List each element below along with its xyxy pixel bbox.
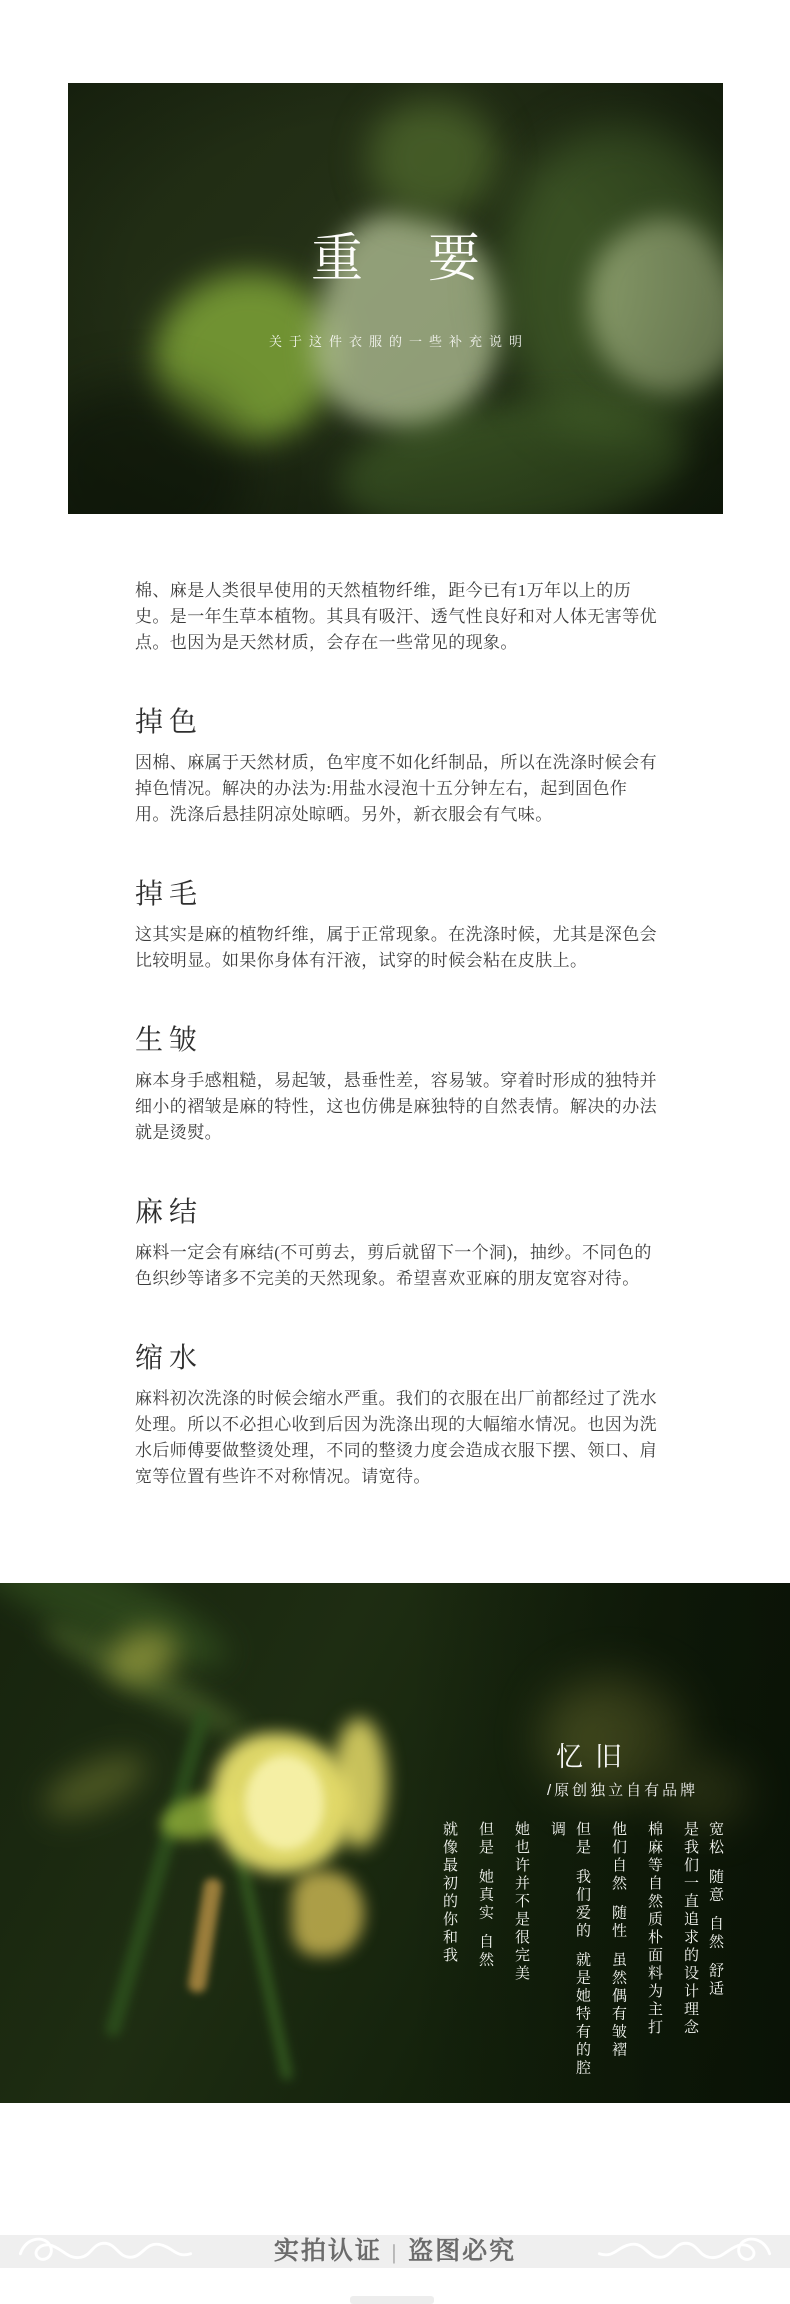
cutoff-watermark xyxy=(350,2296,434,2304)
section-shedding: 掉毛 这其实是麻的植物纤维，属于正常现象。在洗涤时候，尤其是深色会比较明显。如果… xyxy=(135,878,660,974)
hero-title: 重 要 xyxy=(68,216,723,291)
brand-name: 忆旧 xyxy=(556,1735,634,1774)
section-body: 麻本身手感粗糙，易起皱，悬垂性差，容易皱。穿着时形成的独特并细小的褶皱是麻的特性… xyxy=(135,1068,660,1146)
section-wrinkling: 生皱 麻本身手感粗糙，易起皱，悬垂性差，容易皱。穿着时形成的独特并细小的褶皱是麻… xyxy=(135,1024,660,1146)
section-shrinkage: 缩水 麻料初次洗涤的时候会缩水严重。我们的衣服在出厂前都经过了洗水处理。所以不必… xyxy=(135,1342,660,1490)
manifesto-line: 棉麻等自然质朴面料为主打 xyxy=(642,1821,667,2083)
footer-label-left: 实拍认证 xyxy=(274,2238,382,2265)
manifesto-line: 他们自然 随性 虽然偶有皱褶 xyxy=(606,1821,631,2083)
section-fading: 掉色 因棉、麻属于天然材质，色牢度不如化纤制品，所以在洗涤时候会有掉色情况。解决… xyxy=(135,706,660,828)
hero-text-block: 重 要 关于这件衣服的一些补充说明 xyxy=(68,83,723,514)
section-heading: 掉色 xyxy=(135,706,660,740)
footer-banner: 实拍认证|盗图必究 xyxy=(0,2235,790,2268)
product-detail-page: 重 要 关于这件衣服的一些补充说明 棉、麻是人类很早使用的天然植物纤维，距今已有… xyxy=(0,0,790,2304)
section-slubs: 麻结 麻料一定会有麻结(不可剪去，剪后就留下一个洞)，抽纱。不同色的色织纱等诸多… xyxy=(135,1196,660,1292)
section-heading: 麻结 xyxy=(135,1196,660,1230)
section-heading: 掉毛 xyxy=(135,878,660,912)
section-body: 因棉、麻属于天然材质，色牢度不如化纤制品，所以在洗涤时候会有掉色情况。解决的办法… xyxy=(135,750,660,828)
brand-manifesto-vertical-text: 宽松 随意 自然 舒适 是我们一直追求的设计理念 棉麻等自然质朴面料为主打 他们… xyxy=(426,1821,728,2083)
footer-label-right: 盗图必究 xyxy=(408,2238,516,2265)
hero-photo: 重 要 关于这件衣服的一些补充说明 xyxy=(68,83,723,514)
intro-paragraph: 棉、麻是人类很早使用的天然植物纤维，距今已有1万年以上的历史。是一年生草本植物。… xyxy=(135,578,660,656)
section-body: 这其实是麻的植物纤维，属于正常现象。在洗涤时候，尤其是深色会比较明显。如果你身体… xyxy=(135,922,660,974)
section-heading: 缩水 xyxy=(135,1342,660,1376)
flourish-right-icon xyxy=(597,2230,772,2274)
brand-tagline: /原创独立自有品牌 xyxy=(547,1779,698,1800)
section-body: 麻料初次洗涤的时候会缩水严重。我们的衣服在出厂前都经过了洗水处理。所以不必担心收… xyxy=(135,1386,660,1490)
manifesto-line: 宽松 随意 自然 舒适 xyxy=(703,1821,728,2083)
manifesto-line: 她也许并不是很完美 xyxy=(509,1821,534,2083)
manifesto-line: 是我们一直追求的设计理念 xyxy=(678,1821,703,2083)
section-body: 麻料一定会有麻结(不可剪去，剪后就留下一个洞)，抽纱。不同色的色织纱等诸多不完美… xyxy=(135,1240,660,1292)
brand-photo: 忆旧 /原创独立自有品牌 宽松 随意 自然 舒适 是我们一直追求的设计理念 棉麻… xyxy=(0,1583,790,2103)
section-heading: 生皱 xyxy=(135,1024,660,1058)
manifesto-line: 就像最初的你和我 xyxy=(437,1821,462,2083)
care-notes: 棉、麻是人类很早使用的天然植物纤维，距今已有1万年以上的历史。是一年生草本植物。… xyxy=(135,578,660,1490)
manifesto-line: 但是 她真实 自然 xyxy=(473,1821,498,2083)
footer-label-divider: | xyxy=(382,2240,408,2264)
manifesto-line: 但是 我们爱的 就是她特有的腔调 xyxy=(545,1821,595,2083)
hero-subtitle: 关于这件衣服的一些补充说明 xyxy=(68,331,723,350)
